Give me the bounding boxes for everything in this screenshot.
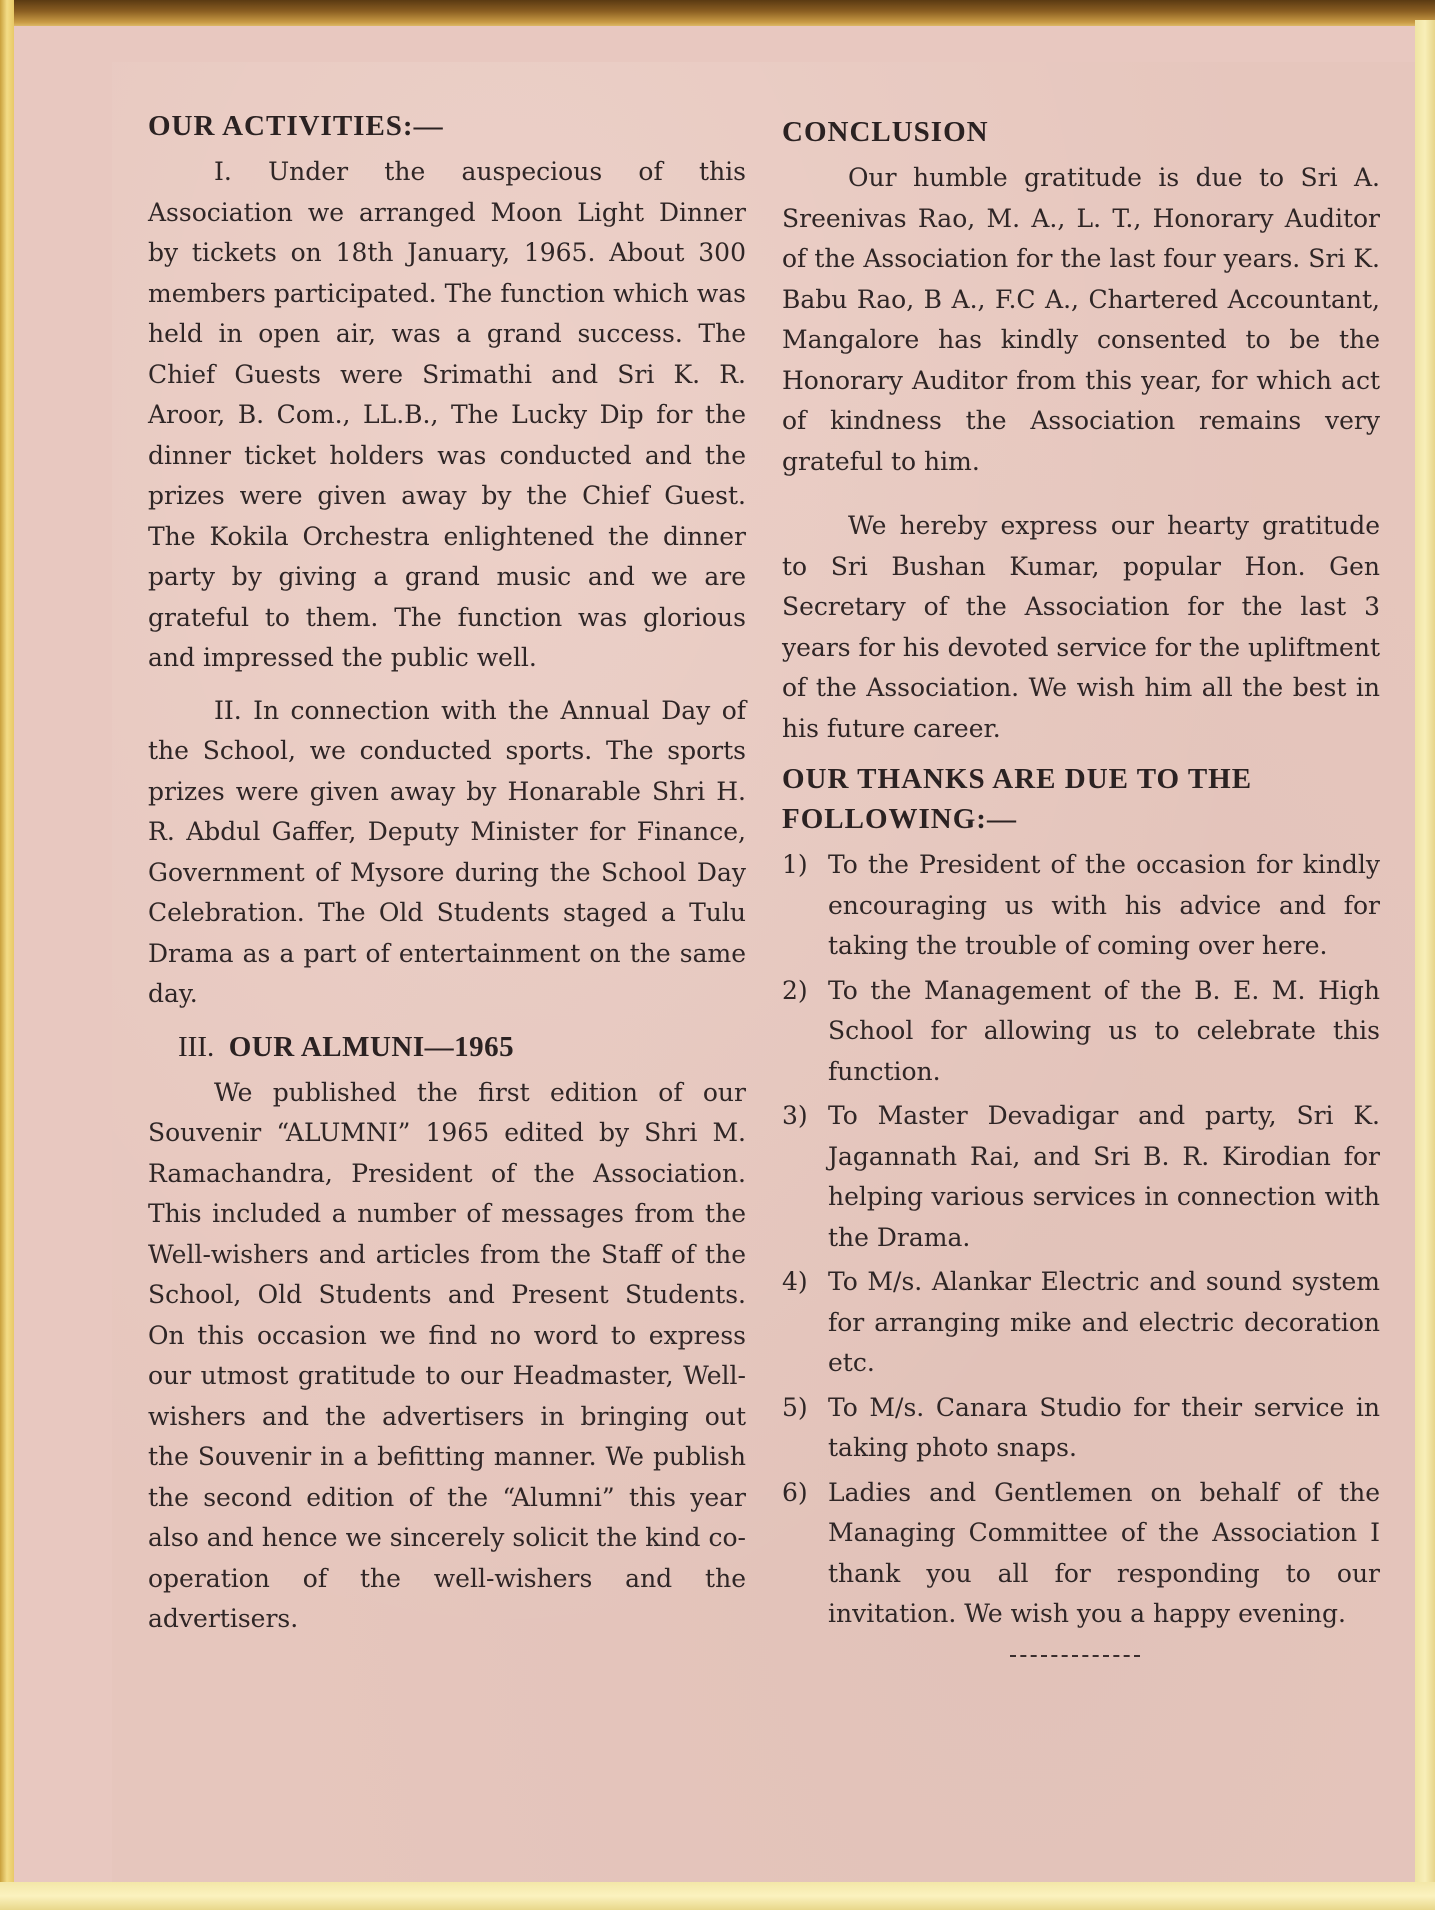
conclusion-paragraph-2: We hereby express our hearty gratitude t… — [782, 506, 1380, 749]
frame-left-border — [0, 0, 14, 1910]
thanks-item: 3) To Master Devadigar and party, Sri K.… — [782, 1096, 1380, 1258]
thanks-item-text: To Master Devadigar and party, Sri K. Ja… — [828, 1101, 1380, 1252]
right-column: CONCLUSION Our humble gratitude is due t… — [782, 112, 1380, 1657]
activity-paragraph-2: II. In connection with the Annual Day of… — [148, 691, 746, 1015]
conclusion-paragraph-1: Our humble gratitude is due to Sri A. Sr… — [782, 158, 1380, 482]
frame-bottom-border — [0, 1882, 1435, 1910]
frame-top-border — [0, 0, 1435, 28]
alumni-section-heading: III. OUR ALMUNI—1965 — [178, 1027, 746, 1067]
conclusion-heading: CONCLUSION — [782, 112, 1380, 152]
thanks-item-number: 5) — [782, 1388, 808, 1429]
thanks-item-number: 2) — [782, 971, 808, 1012]
left-column: OUR ACTIVITIES:— I. Under the auspecious… — [148, 106, 746, 1640]
activities-heading: OUR ACTIVITIES:— — [148, 106, 746, 146]
thanks-item-text: To M/s. Canara Studio for their service … — [828, 1393, 1380, 1463]
thanks-item-number: 4) — [782, 1262, 808, 1303]
frame-right-border — [1415, 20, 1435, 1910]
thanks-heading: OUR THANKS ARE DUE TO THE FOLLOWING:— — [782, 759, 1380, 839]
thanks-item-text: To the President of the occasion for kin… — [828, 850, 1380, 960]
alumni-paragraph: We published the first edition of our So… — [148, 1073, 746, 1640]
alumni-section-title: OUR ALMUNI—1965 — [229, 1031, 514, 1063]
activity-paragraph-1: I. Under the auspecious of this Associat… — [148, 152, 746, 679]
thanks-item: 6) Ladies and Gentlemen on behalf of the… — [782, 1473, 1380, 1635]
thanks-item: 1) To the President of the occasion for … — [782, 845, 1380, 967]
section-numeral: III. — [178, 1031, 214, 1063]
thanks-item-number: 3) — [782, 1096, 808, 1137]
thanks-item-number: 6) — [782, 1473, 808, 1514]
end-divider — [1010, 1655, 1140, 1657]
thanks-item: 5) To M/s. Canara Studio for their servi… — [782, 1388, 1380, 1469]
thanks-list: 1) To the President of the occasion for … — [782, 845, 1380, 1635]
thanks-item: 2) To the Management of the B. E. M. Hig… — [782, 971, 1380, 1093]
thanks-item-text: To the Management of the B. E. M. High S… — [828, 976, 1380, 1086]
thanks-item-number: 1) — [782, 845, 808, 886]
thanks-item-text: To M/s. Alankar Electric and sound syste… — [828, 1267, 1380, 1377]
thanks-item: 4) To M/s. Alankar Electric and sound sy… — [782, 1262, 1380, 1384]
thanks-item-text: Ladies and Gentlemen on behalf of the Ma… — [828, 1478, 1380, 1629]
